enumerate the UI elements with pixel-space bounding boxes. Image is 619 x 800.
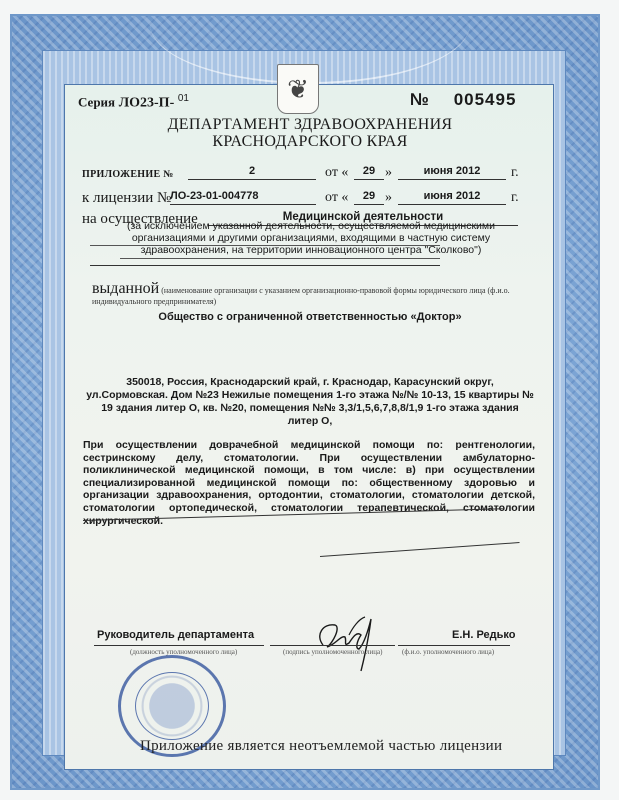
issued-label: выданной (92, 280, 159, 297)
signature-caption: (подпись уполномоченного лица) (283, 648, 382, 656)
department-title: ДЕПАРТАМЕНТ ЗДРАВООХРАНЕНИЯ КРАСНОДАРСКО… (120, 116, 500, 150)
appendix-quote: » (385, 165, 392, 181)
appendix-from: от « (325, 165, 348, 181)
note-underline (90, 245, 440, 246)
license-row: к лицензии № ЛО-23-01-004778 от « 29 » и… (78, 190, 540, 210)
signature-icon (305, 605, 385, 675)
issued-block: выданной (наименование организации с ука… (92, 283, 532, 307)
appendix-year-suffix: г. (511, 165, 519, 181)
department-line-1: ДЕПАРТАМЕНТ ЗДРАВООХРАНЕНИЯ (120, 116, 500, 133)
note-underline (120, 258, 440, 259)
signatory-name: Е.Н. Редько (452, 629, 515, 641)
appendix-row: ПРИЛОЖЕНИЕ № 2 от « 29 » июня 2012 г. (78, 165, 540, 185)
position-caption: (должность уполномоченного лица) (130, 648, 237, 656)
license-month-year: июня 2012 (398, 190, 506, 205)
license-label: к лицензии № (82, 190, 171, 207)
name-line (398, 645, 510, 646)
number-sign: № (410, 90, 429, 109)
license-day: 29 (354, 190, 384, 205)
number-value: 005495 (454, 90, 517, 109)
series-value: ЛО23-П- (119, 95, 175, 110)
appendix-month-year: июня 2012 (398, 165, 506, 180)
license-from: от « (325, 190, 348, 206)
series-label: Серия ЛО23-П- 01 (78, 93, 189, 111)
appendix-number: 2 (188, 165, 316, 180)
organization-address: 350018, Россия, Краснодарский край, г. К… (85, 376, 535, 428)
note-divider (90, 265, 440, 266)
department-line-2: КРАСНОДАРСКОГО КРАЯ (120, 133, 500, 150)
document-number: № 005495 (410, 90, 516, 110)
signature-line (270, 645, 395, 646)
appendix-label: ПРИЛОЖЕНИЕ № (82, 169, 174, 180)
coat-of-arms-icon: ❦ (277, 64, 319, 114)
series-caption: Серия (78, 94, 115, 109)
license-number: ЛО-23-01-004778 (170, 190, 316, 205)
license-quote: » (385, 190, 392, 206)
name-caption: (ф.и.о. уполномоченного лица) (402, 648, 494, 656)
series-suffix: 01 (178, 93, 189, 104)
stamp-inner-ring (135, 672, 209, 740)
position-line (94, 645, 264, 646)
signatory-position: Руководитель департамента (97, 629, 254, 641)
appendix-day: 29 (354, 165, 384, 180)
organization-name: Общество с ограниченной ответственностью… (90, 311, 530, 323)
license-year-suffix: г. (511, 190, 519, 206)
footer-note: Приложение является неотъемлемой частью … (140, 738, 502, 755)
activity-note: (за исключением указанной деятельности, … (126, 220, 496, 256)
